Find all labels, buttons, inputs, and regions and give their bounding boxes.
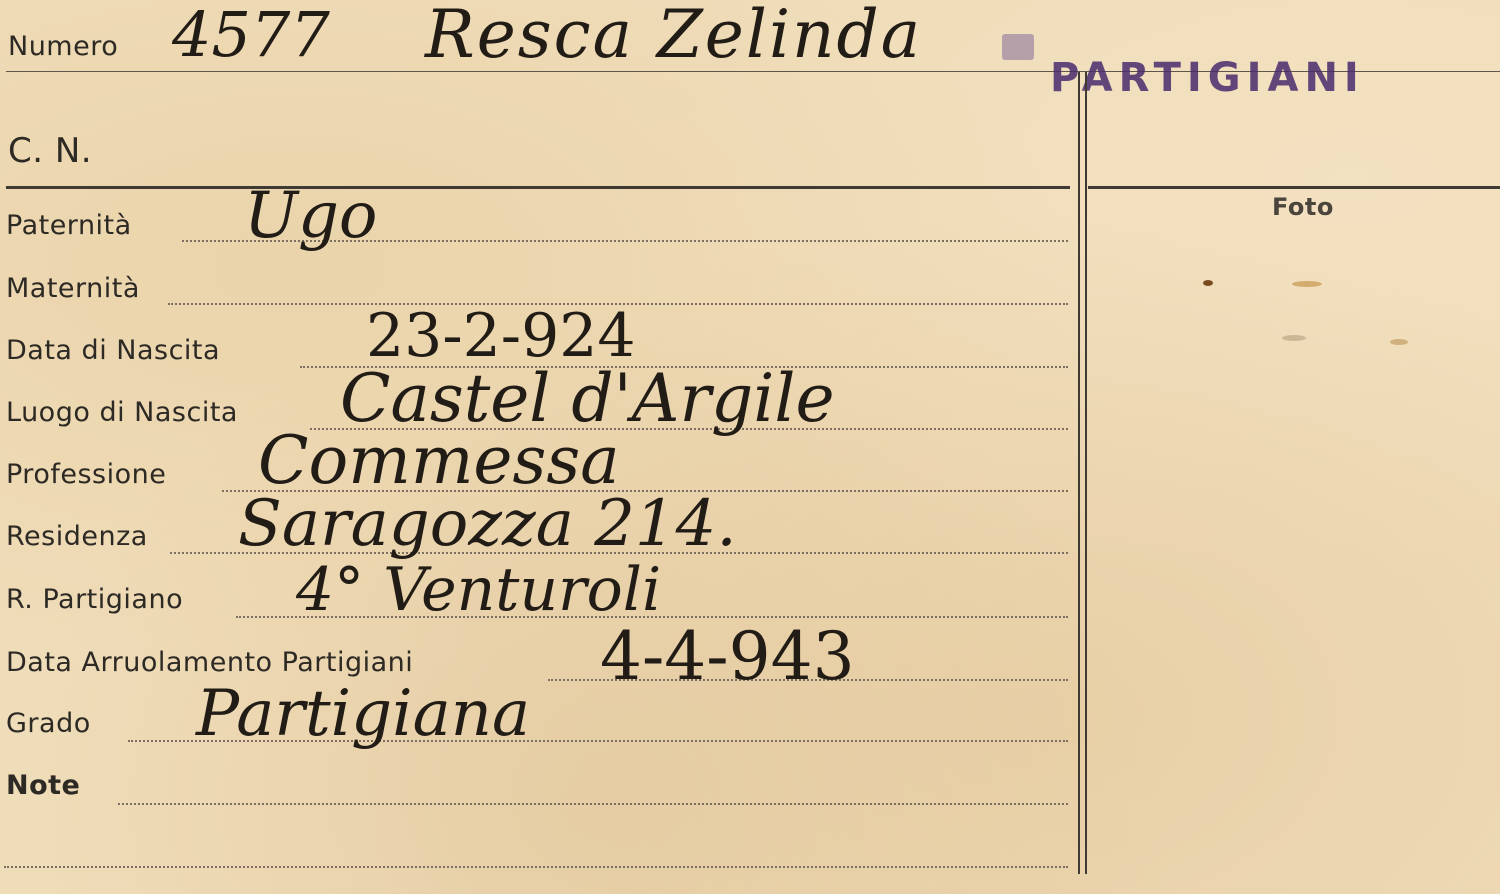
paper-stain xyxy=(1390,339,1408,345)
cn-label: C. N. xyxy=(8,134,92,168)
name-value: Resca Zelinda xyxy=(425,2,922,68)
foto-label: Foto xyxy=(1272,195,1334,219)
field-value-professione: Commessa xyxy=(258,428,620,494)
paper-stain xyxy=(1203,280,1213,286)
column-divider-right xyxy=(1085,72,1087,874)
header-rule-right xyxy=(1088,186,1500,189)
field-label-residenza: Residenza xyxy=(6,523,148,550)
field-value-data-arruolamento: 4-4-943 xyxy=(600,624,855,690)
partisan-record-card: Numero 4577 Resca Zelinda PARTIGIANI C. … xyxy=(0,0,1500,894)
field-label-grado: Grado xyxy=(6,710,91,737)
field-line-note xyxy=(118,803,1068,805)
field-label-maternita: Maternità xyxy=(6,275,140,302)
field-value-paternita: Ugo xyxy=(244,184,377,248)
field-label-data-arruolamento: Data Arruolamento Partigiani xyxy=(6,649,413,676)
column-divider-left xyxy=(1078,72,1080,874)
field-label-data-nascita: Data di Nascita xyxy=(6,337,220,364)
field-label-note: Note xyxy=(6,772,80,799)
stamp-smudge xyxy=(1002,34,1034,60)
field-value-data-nascita: 23-2-924 xyxy=(366,306,636,366)
field-value-reparto: 4° Venturoli xyxy=(296,560,661,620)
field-label-reparto: R. Partigiano xyxy=(6,586,183,613)
paper-stain xyxy=(1282,335,1306,341)
header-rule-left xyxy=(6,186,1070,189)
paper-stain xyxy=(1292,281,1322,287)
field-value-residenza: Saragozza 214. xyxy=(238,492,737,556)
numero-value: 4577 xyxy=(172,4,330,66)
blank-line xyxy=(4,866,1068,868)
field-label-professione: Professione xyxy=(6,461,166,488)
field-label-luogo-nascita: Luogo di Nascita xyxy=(6,399,238,426)
field-label-paternita: Paternità xyxy=(6,212,132,239)
field-value-grado: Partigiana xyxy=(196,682,530,746)
numero-label: Numero xyxy=(8,33,118,60)
partigiani-stamp: PARTIGIANI xyxy=(1050,58,1365,98)
